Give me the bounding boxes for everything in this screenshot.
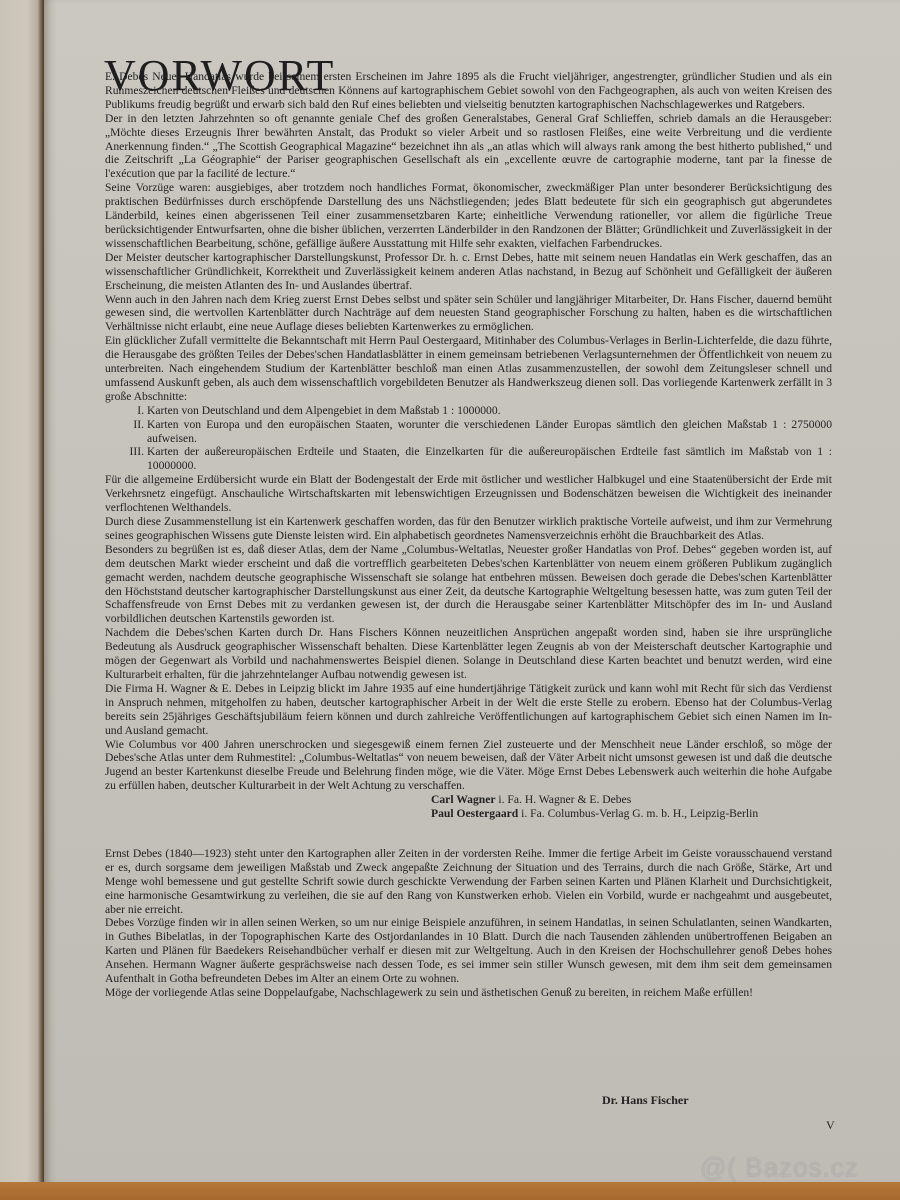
signatory-name: Carl Wagner (431, 793, 496, 806)
signatory-affiliation: i. Fa. H. Wagner & E. Debes (496, 793, 632, 806)
publisher-signatures: Carl Wagner i. Fa. H. Wagner & E. Debes … (105, 793, 832, 821)
list-numeral: I. (124, 404, 144, 418)
list-item: II. Karten von Europa und den europäisch… (126, 418, 832, 446)
paragraph: Durch diese Zusammenstellung ist ein Kar… (105, 515, 832, 543)
closing-signature: Dr. Hans Fischer (602, 1093, 689, 1108)
signature-line: Paul Oestergaard i. Fa. Columbus-Verlag … (105, 807, 832, 821)
list-text: Karten von Europa und den europäischen S… (147, 418, 832, 445)
paragraph: Wenn auch in den Jahren nach dem Krieg z… (105, 293, 832, 335)
list-text: Karten von Deutschland und dem Alpengebi… (147, 404, 501, 417)
paragraph: Möge der vorliegende Atlas seine Doppela… (105, 986, 832, 1000)
paragraph: Für die allgemeine Erdübersicht wurde ei… (105, 473, 832, 515)
list-item: I. Karten von Deutschland und dem Alpeng… (126, 404, 832, 418)
list-numeral: II. (124, 418, 144, 432)
foreword-body: E. Debes Neuer Handatlas wurde bei seine… (105, 70, 832, 1000)
paragraph: Wie Columbus vor 400 Jahren unerschrocke… (105, 738, 832, 794)
watermark: @( Bazos.cz (700, 1152, 859, 1183)
signatory-name: Paul Oestergaard (431, 807, 518, 820)
paragraph: Der in den letzten Jahrzehnten so oft ge… (105, 112, 832, 182)
list-numeral: III. (124, 445, 144, 459)
paragraph: Nachdem die Debes'schen Karten durch Dr.… (105, 626, 832, 682)
page-number: V (826, 1118, 835, 1133)
signature-line: Carl Wagner i. Fa. H. Wagner & E. Debes (105, 793, 832, 807)
underlying-pages-edge (0, 0, 44, 1190)
paragraph: Ein glücklicher Zufall vermittelte die B… (105, 334, 832, 404)
signatory-affiliation: i. Fa. Columbus-Verlag G. m. b. H., Leip… (518, 807, 758, 820)
section-gap (105, 821, 832, 847)
paragraph: Besonders zu begrüßen ist es, daß dieser… (105, 543, 832, 626)
wooden-table-surface (0, 1182, 900, 1200)
list-text: Karten der außereuropäischen Erdteile un… (147, 445, 832, 472)
paragraph: E. Debes Neuer Handatlas wurde bei seine… (105, 70, 832, 112)
paragraph: Seine Vorzüge waren: ausgiebiges, aber t… (105, 181, 832, 251)
paragraph: Debes Vorzüge finden wir in allen seinen… (105, 916, 832, 986)
paragraph: Die Firma H. Wagner & E. Debes in Leipzi… (105, 682, 832, 738)
paragraph: Der Meister deutscher kartographischer D… (105, 251, 832, 293)
atlas-sections-list: I. Karten von Deutschland und dem Alpeng… (105, 404, 832, 474)
list-item: III. Karten der außereuropäischen Erdtei… (126, 445, 832, 473)
paragraph: Ernst Debes (1840—1923) steht unter den … (105, 847, 832, 917)
